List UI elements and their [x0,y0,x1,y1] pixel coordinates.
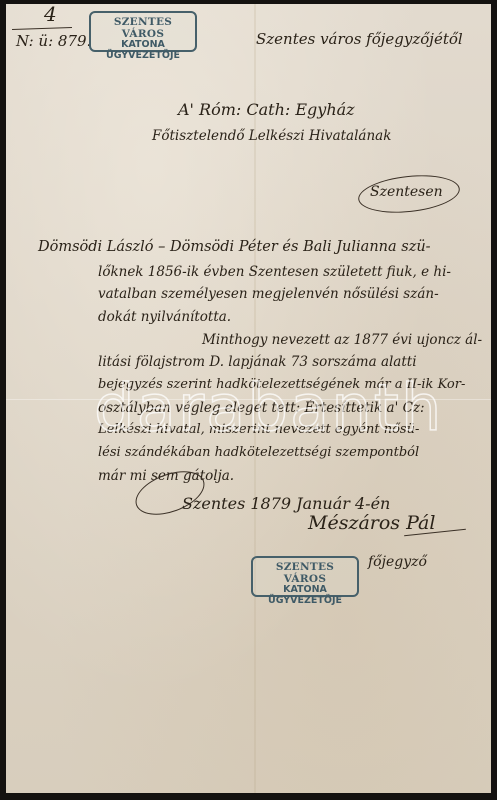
body-line-2: lőknek 1856-ik évben Szentesen született… [98,264,451,280]
body-line-5: Minthogy nevezett az 1877 évi ujoncz ál- [202,332,482,348]
stamp-bottom: SZENTES VÁROS KATONA ÜGYVEZETÖJE [251,556,359,597]
body-line-10: lési szándékában hadkötelezettségi szemp… [98,445,419,460]
reference-underline [12,27,72,30]
place-line: Szentesen [370,184,443,200]
registry-number: N: ü: 879. [16,32,91,50]
signature-title: főjegyző [368,554,427,570]
stamp-bottom-line1: SZENTES VÁROS [253,561,357,585]
stamp-top-line1: SZENTES VÁROS [91,16,195,40]
stamp-top: SZENTES VÁROS KATONA ÜGYVEZETÖJE [89,11,197,52]
sender-line: Szentes város főjegyzőjétől [256,30,463,48]
addressee-line1: A' Róm: Cath: Egyház [178,100,355,119]
body-line-1: Dömsödi László – Dömsödi Péter és Bali J… [38,239,431,255]
body-line-6: litási fölajstrom D. lapjának 73 sorszám… [98,354,417,370]
body-line-4: dokát nyilvánította. [98,309,231,325]
body-line-3: vatalban személyesen megjelenvén nősülés… [98,286,439,302]
watermark: darabanth [94,372,443,446]
date-line: Szentes 1879 Január 4-én [182,494,390,513]
stamp-bottom-line2: KATONA ÜGYVEZETÖJE [253,585,357,607]
reference-number: 4 [44,2,57,26]
addressee-line2: Főtisztelendő Lelkészi Hivatalának [152,128,391,144]
document-page: 4 N: ü: 879. SZENTES VÁROS KATONA ÜGYVEZ… [6,4,491,793]
stamp-top-line2: KATONA ÜGYVEZETÖJE [91,40,195,62]
signature: Mészáros Pál [308,512,435,534]
